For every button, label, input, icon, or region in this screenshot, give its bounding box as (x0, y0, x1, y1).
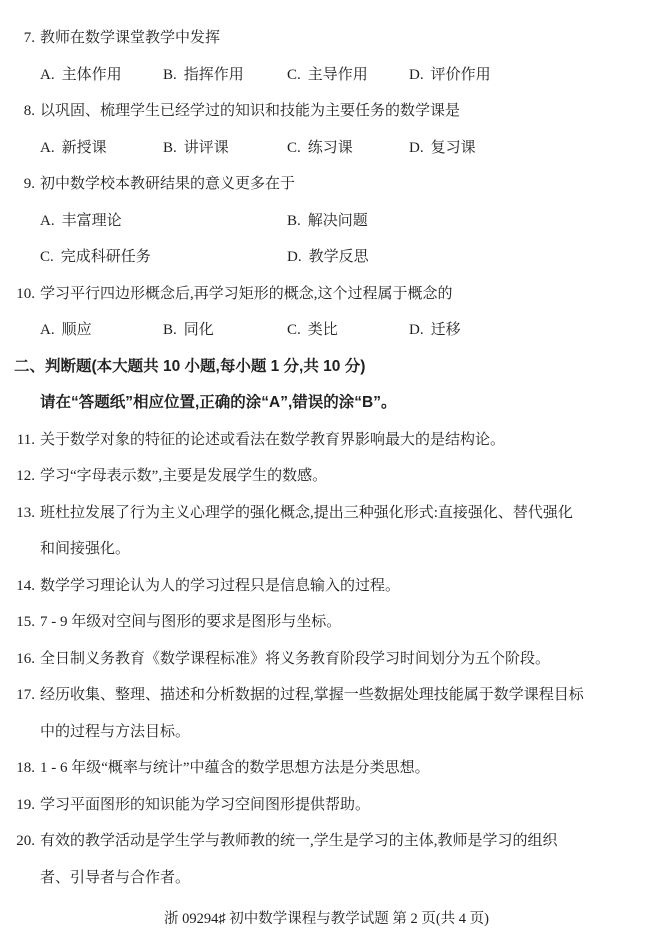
option-10-b: B.同化 (163, 312, 287, 349)
option-label: C. (287, 67, 301, 83)
option-text: 复习课 (431, 140, 476, 156)
option-label: C. (287, 140, 301, 156)
option-7-c: C.主导作用 (287, 57, 409, 94)
page-footer: 浙 09294♯ 初中数学课程与教学试题 第 2 页(共 4 页) (0, 901, 653, 938)
option-text: 解决问题 (308, 213, 368, 229)
question-20-line-2: 者、引导者与合作者。 (0, 860, 653, 897)
question-text: 班杜拉发展了行为主义心理学的强化概念,提出三种强化形式:直接强化、替代强化 (40, 505, 573, 521)
question-13-line-2: 和间接强化。 (0, 531, 653, 568)
option-label: A. (40, 140, 55, 156)
question-text: 经历收集、整理、描述和分析数据的过程,掌握一些数据处理技能属于数学课程目标 (40, 687, 584, 703)
option-text: 迁移 (431, 322, 461, 338)
option-text: 完成科研任务 (61, 249, 151, 265)
question-11: 11.关于数学对象的特征的论述或看法在数学教育界影响最大的是结构论。 (0, 422, 653, 459)
question-number: 12. (14, 458, 35, 495)
option-8-c: C.练习课 (287, 130, 409, 167)
question-10-options: A.顺应 B.同化 C.类比 D.迁移 (0, 312, 653, 349)
option-label: D. (409, 322, 424, 338)
option-label: B. (287, 213, 301, 229)
option-text: 主导作用 (308, 67, 368, 83)
option-label: A. (40, 213, 55, 229)
question-stem-text: 以巩固、梳理学生已经学过的知识和技能为主要任务的数学课是 (40, 103, 460, 119)
question-number: 20. (14, 823, 35, 860)
option-label: C. (287, 322, 301, 338)
option-text: 教学反思 (309, 249, 369, 265)
option-text: 评价作用 (431, 67, 491, 83)
section-judgement-title: 二、判断题(本大题共 10 小题,每小题 1 分,共 10 分) (0, 349, 653, 386)
question-text: 学习“字母表示数”,主要是发展学生的数感。 (40, 468, 327, 484)
question-number: 7. (14, 20, 35, 57)
question-7-stem: 7.教师在数学课堂教学中发挥 (0, 20, 653, 57)
question-7-options: A.主体作用 B.指挥作用 C.主导作用 D.评价作用 (0, 57, 653, 94)
question-text: 数学学习理论认为人的学习过程只是信息输入的过程。 (40, 578, 400, 594)
question-17-line-2: 中的过程与方法目标。 (0, 714, 653, 751)
question-number: 16. (14, 641, 35, 678)
question-number: 14. (14, 568, 35, 605)
question-12: 12.学习“字母表示数”,主要是发展学生的数感。 (0, 458, 653, 495)
question-18: 18.1 - 6 年级“概率与统计”中蕴含的数学思想方法是分类思想。 (0, 750, 653, 787)
option-7-b: B.指挥作用 (163, 57, 287, 94)
question-stem-text: 初中数学校本教研结果的意义更多在于 (40, 176, 295, 192)
option-text: 顺应 (62, 322, 92, 338)
option-10-d: D.迁移 (409, 312, 461, 349)
question-number: 13. (14, 495, 35, 532)
option-text: 讲评课 (184, 140, 229, 156)
question-9-options-row-1: A.丰富理论 B.解决问题 (0, 203, 653, 240)
question-number: 18. (14, 750, 35, 787)
question-text: 7 - 9 年级对空间与图形的要求是图形与坐标。 (40, 614, 341, 630)
option-text: 主体作用 (62, 67, 122, 83)
option-9-b: B.解决问题 (287, 203, 368, 240)
option-label: B. (163, 140, 177, 156)
option-8-d: D.复习课 (409, 130, 476, 167)
option-label: D. (409, 67, 424, 83)
section-judgement-instruction: 请在“答题纸”相应位置,正确的涂“A”,错误的涂“B”。 (0, 385, 653, 422)
option-7-a: A.主体作用 (40, 57, 163, 94)
option-9-d: D.教学反思 (287, 239, 369, 276)
option-9-a: A.丰富理论 (40, 203, 287, 240)
question-13-line-1: 13.班杜拉发展了行为主义心理学的强化概念,提出三种强化形式:直接强化、替代强化 (0, 495, 653, 532)
option-label: A. (40, 67, 55, 83)
question-8-stem: 8.以巩固、梳理学生已经学过的知识和技能为主要任务的数学课是 (0, 93, 653, 130)
question-10-stem: 10.学习平行四边形概念后,再学习矩形的概念,这个过程属于概念的 (0, 276, 653, 313)
question-stem-text: 学习平行四边形概念后,再学习矩形的概念,这个过程属于概念的 (40, 286, 453, 302)
option-label: B. (163, 322, 177, 338)
question-19: 19.学习平面图形的知识能为学习空间图形提供帮助。 (0, 787, 653, 824)
option-text: 类比 (308, 322, 338, 338)
option-label: B. (163, 67, 177, 83)
option-text: 指挥作用 (184, 67, 244, 83)
question-text: 1 - 6 年级“概率与统计”中蕴含的数学思想方法是分类思想。 (40, 760, 430, 776)
question-14: 14.数学学习理论认为人的学习过程只是信息输入的过程。 (0, 568, 653, 605)
question-16: 16.全日制义务教育《数学课程标准》将义务教育阶段学习时间划分为五个阶段。 (0, 641, 653, 678)
question-text: 关于数学对象的特征的论述或看法在数学教育界影响最大的是结构论。 (40, 432, 505, 448)
option-text: 同化 (184, 322, 214, 338)
option-label: C. (40, 249, 54, 265)
question-text: 全日制义务教育《数学课程标准》将义务教育阶段学习时间划分为五个阶段。 (40, 651, 550, 667)
option-10-a: A.顺应 (40, 312, 163, 349)
option-text: 练习课 (308, 140, 353, 156)
option-label: D. (287, 249, 302, 265)
option-label: D. (409, 140, 424, 156)
question-20-line-1: 20.有效的教学活动是学生学与教师教的统一,学生是学习的主体,教师是学习的组织 (0, 823, 653, 860)
option-label: A. (40, 322, 55, 338)
question-number: 15. (14, 604, 35, 641)
option-text: 丰富理论 (62, 213, 122, 229)
exam-page: 7.教师在数学课堂教学中发挥 A.主体作用 B.指挥作用 C.主导作用 D.评价… (0, 0, 653, 938)
question-number: 17. (14, 677, 35, 714)
question-number: 8. (14, 93, 35, 130)
question-number: 11. (14, 422, 35, 459)
option-10-c: C.类比 (287, 312, 409, 349)
option-8-a: A.新授课 (40, 130, 163, 167)
question-text: 学习平面图形的知识能为学习空间图形提供帮助。 (40, 797, 370, 813)
question-number: 10. (14, 276, 35, 313)
question-stem-text: 教师在数学课堂教学中发挥 (40, 30, 220, 46)
question-15: 15.7 - 9 年级对空间与图形的要求是图形与坐标。 (0, 604, 653, 641)
question-number: 9. (14, 166, 35, 203)
option-7-d: D.评价作用 (409, 57, 491, 94)
option-9-c: C.完成科研任务 (40, 239, 287, 276)
question-8-options: A.新授课 B.讲评课 C.练习课 D.复习课 (0, 130, 653, 167)
option-8-b: B.讲评课 (163, 130, 287, 167)
question-9-options-row-2: C.完成科研任务 D.教学反思 (0, 239, 653, 276)
question-number: 19. (14, 787, 35, 824)
question-9-stem: 9.初中数学校本教研结果的意义更多在于 (0, 166, 653, 203)
question-17-line-1: 17.经历收集、整理、描述和分析数据的过程,掌握一些数据处理技能属于数学课程目标 (0, 677, 653, 714)
question-text: 有效的教学活动是学生学与教师教的统一,学生是学习的主体,教师是学习的组织 (40, 833, 558, 849)
option-text: 新授课 (62, 140, 107, 156)
